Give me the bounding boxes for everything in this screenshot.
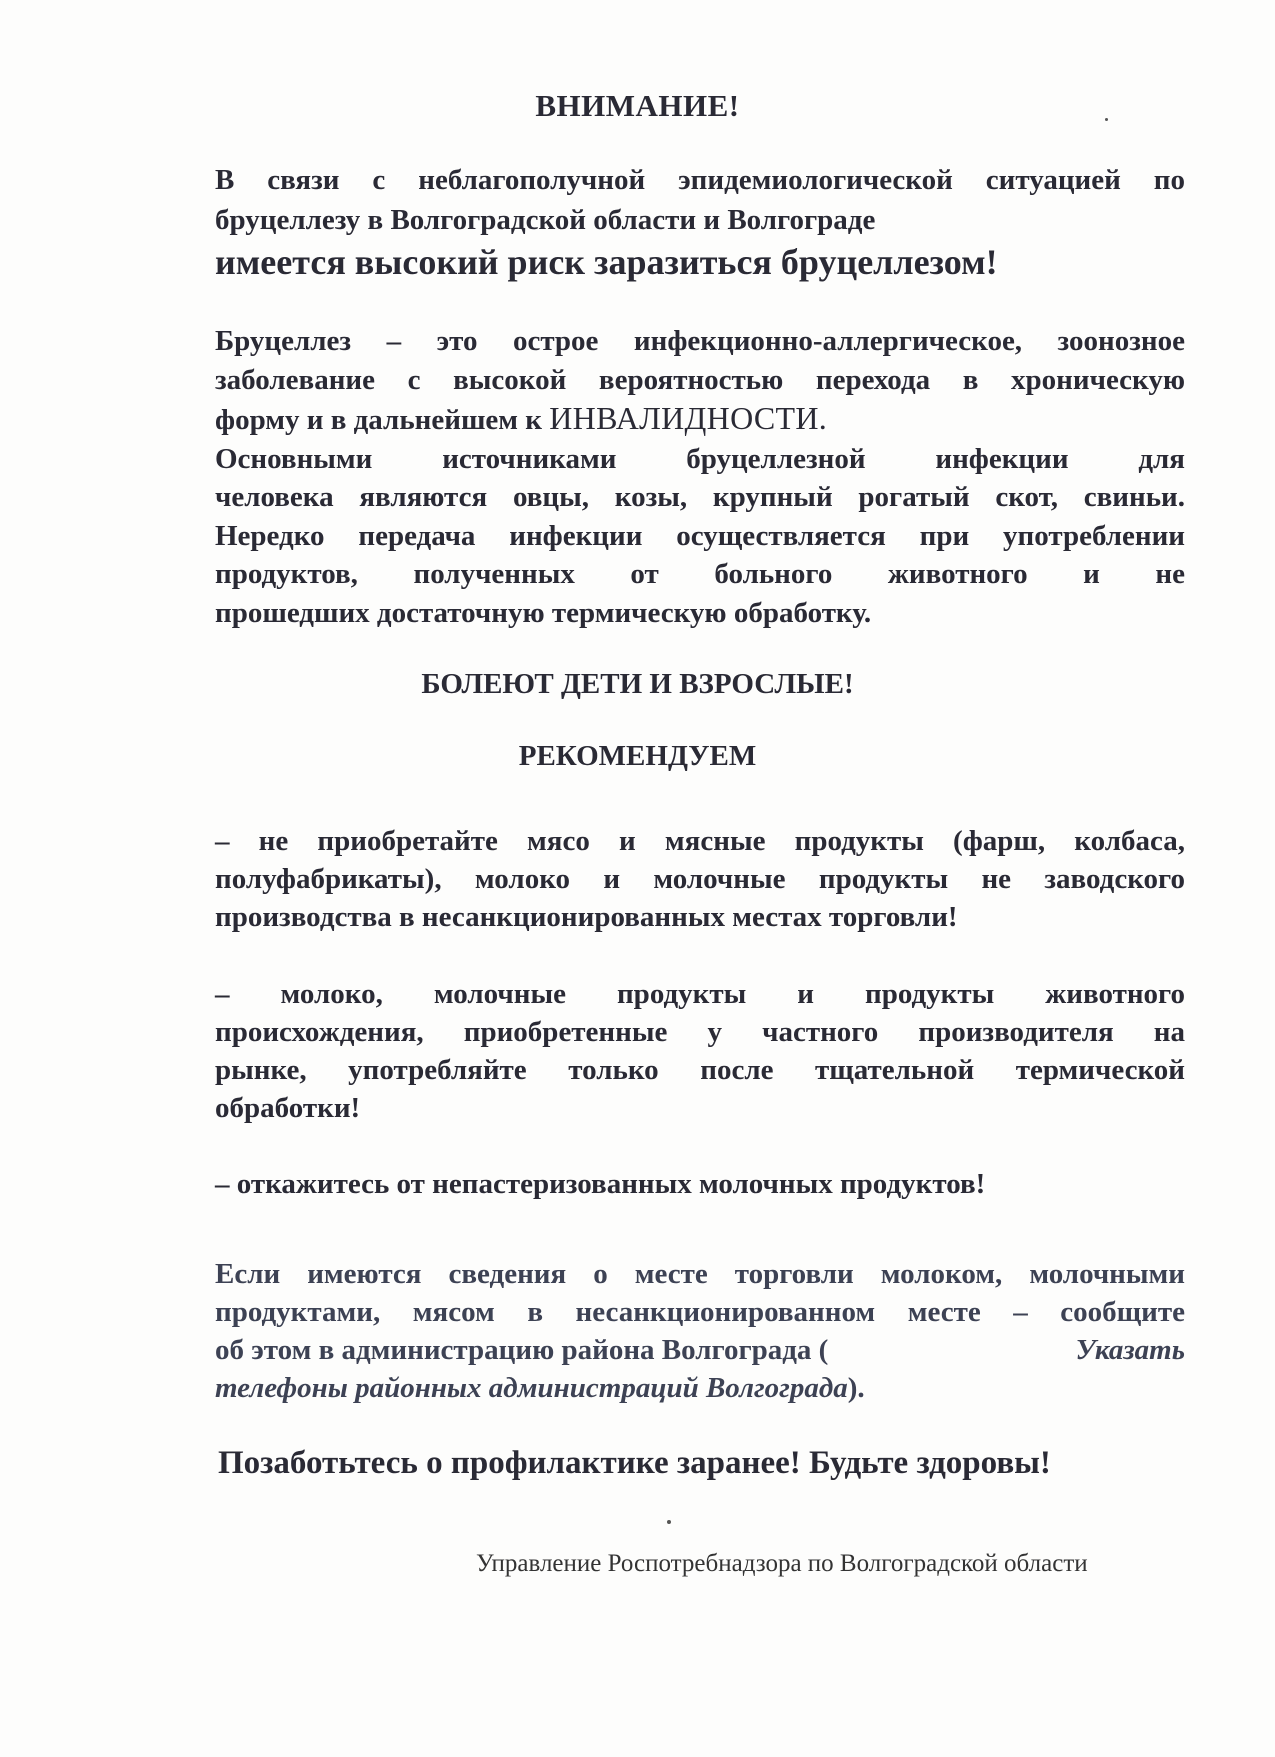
report-note-italic: телефоны районных администраций Волгогра…: [215, 1372, 848, 1404]
report-note-italic: Указать: [1075, 1331, 1185, 1369]
page-title: ВНИМАНИЕ!: [0, 88, 1275, 124]
signature: Управление Роспотребнадзора по Волгоград…: [476, 1550, 1088, 1578]
recommendation-line: – не приобретайте мясо и мясные продукты…: [215, 822, 1185, 860]
about-line: заболевание с высокой вероятностью перех…: [215, 361, 1185, 400]
heading-recommend: РЕКОМЕНДУЕМ: [0, 740, 1275, 773]
risk-warning: имеется высокий риск заразиться бруцелле…: [215, 240, 1185, 284]
recommendation-line: – молоко, молочные продукты и продукты ж…: [215, 975, 1185, 1013]
report-line-suffix: ).: [848, 1372, 865, 1404]
report-line: об этом в администрацию района Волгоград…: [215, 1331, 1185, 1369]
scan-speck: [667, 1520, 671, 1524]
recommendation-item: – откажитесь от непастеризованных молочн…: [215, 1165, 1185, 1203]
recommendation-line: полуфабрикаты), молоко и молочные продук…: [215, 860, 1185, 898]
recommendation-line: рынке, употребляйте только после тщатель…: [215, 1051, 1185, 1089]
about-paragraph: Бруцеллез – это острое инфекционно-аллер…: [215, 322, 1185, 632]
recommendation-item: – не приобретайте мясо и мясные продукты…: [215, 822, 1185, 936]
report-line: телефоны районных администраций Волгогра…: [215, 1369, 1185, 1407]
heading-sick: БОЛЕЮТ ДЕТИ И ВЗРОСЛЫЕ!: [0, 668, 1275, 701]
about-line: прошедших достаточную термическую обрабо…: [215, 594, 1185, 633]
recommendation-item: – молоко, молочные продукты и продукты ж…: [215, 975, 1185, 1127]
recommendation-line: производства в несанкционированных места…: [215, 898, 1185, 936]
intro-line: бруцеллезу в Волгоградской области и Вол…: [215, 200, 1185, 240]
recommendation-line: происхождения, приобретенные у частного …: [215, 1013, 1185, 1051]
about-line: форму и в дальнейшем к ИНВАЛИДНОСТИ.: [215, 399, 1185, 440]
recommendation-line: обработки!: [215, 1089, 1185, 1127]
about-line: продуктов, полученных от больного животн…: [215, 555, 1185, 594]
intro-paragraph: В связи с неблагополучной эпидемиологиче…: [215, 160, 1185, 240]
report-line: Если имеются сведения о месте торговли м…: [215, 1255, 1185, 1293]
about-line: Бруцеллез – это острое инфекционно-аллер…: [215, 322, 1185, 361]
closing-statement: Позаботьтесь о профилактике заранее! Буд…: [218, 1445, 1188, 1482]
about-line: Основными источниками бруцеллезной инфек…: [215, 440, 1185, 479]
intro-line: В связи с неблагополучной эпидемиологиче…: [215, 160, 1185, 200]
report-line-prefix: об этом в администрацию района Волгоград…: [215, 1331, 828, 1369]
report-paragraph: Если имеются сведения о месте торговли м…: [215, 1255, 1185, 1407]
about-line: человека являются овцы, козы, крупный ро…: [215, 478, 1185, 517]
about-line-prefix: форму и в дальнейшем к: [215, 404, 549, 436]
document-page: ВНИМАНИЕ! В связи с неблагополучной эпид…: [0, 0, 1275, 1757]
scan-speck: [1105, 118, 1108, 121]
recommendation-line: – откажитесь от непастеризованных молочн…: [215, 1165, 1185, 1203]
disability-emphasis: ИНВАЛИДНОСТИ.: [549, 400, 827, 436]
report-line: продуктами, мясом в несанкционированном …: [215, 1293, 1185, 1331]
about-line: Нередко передача инфекции осуществляется…: [215, 517, 1185, 556]
